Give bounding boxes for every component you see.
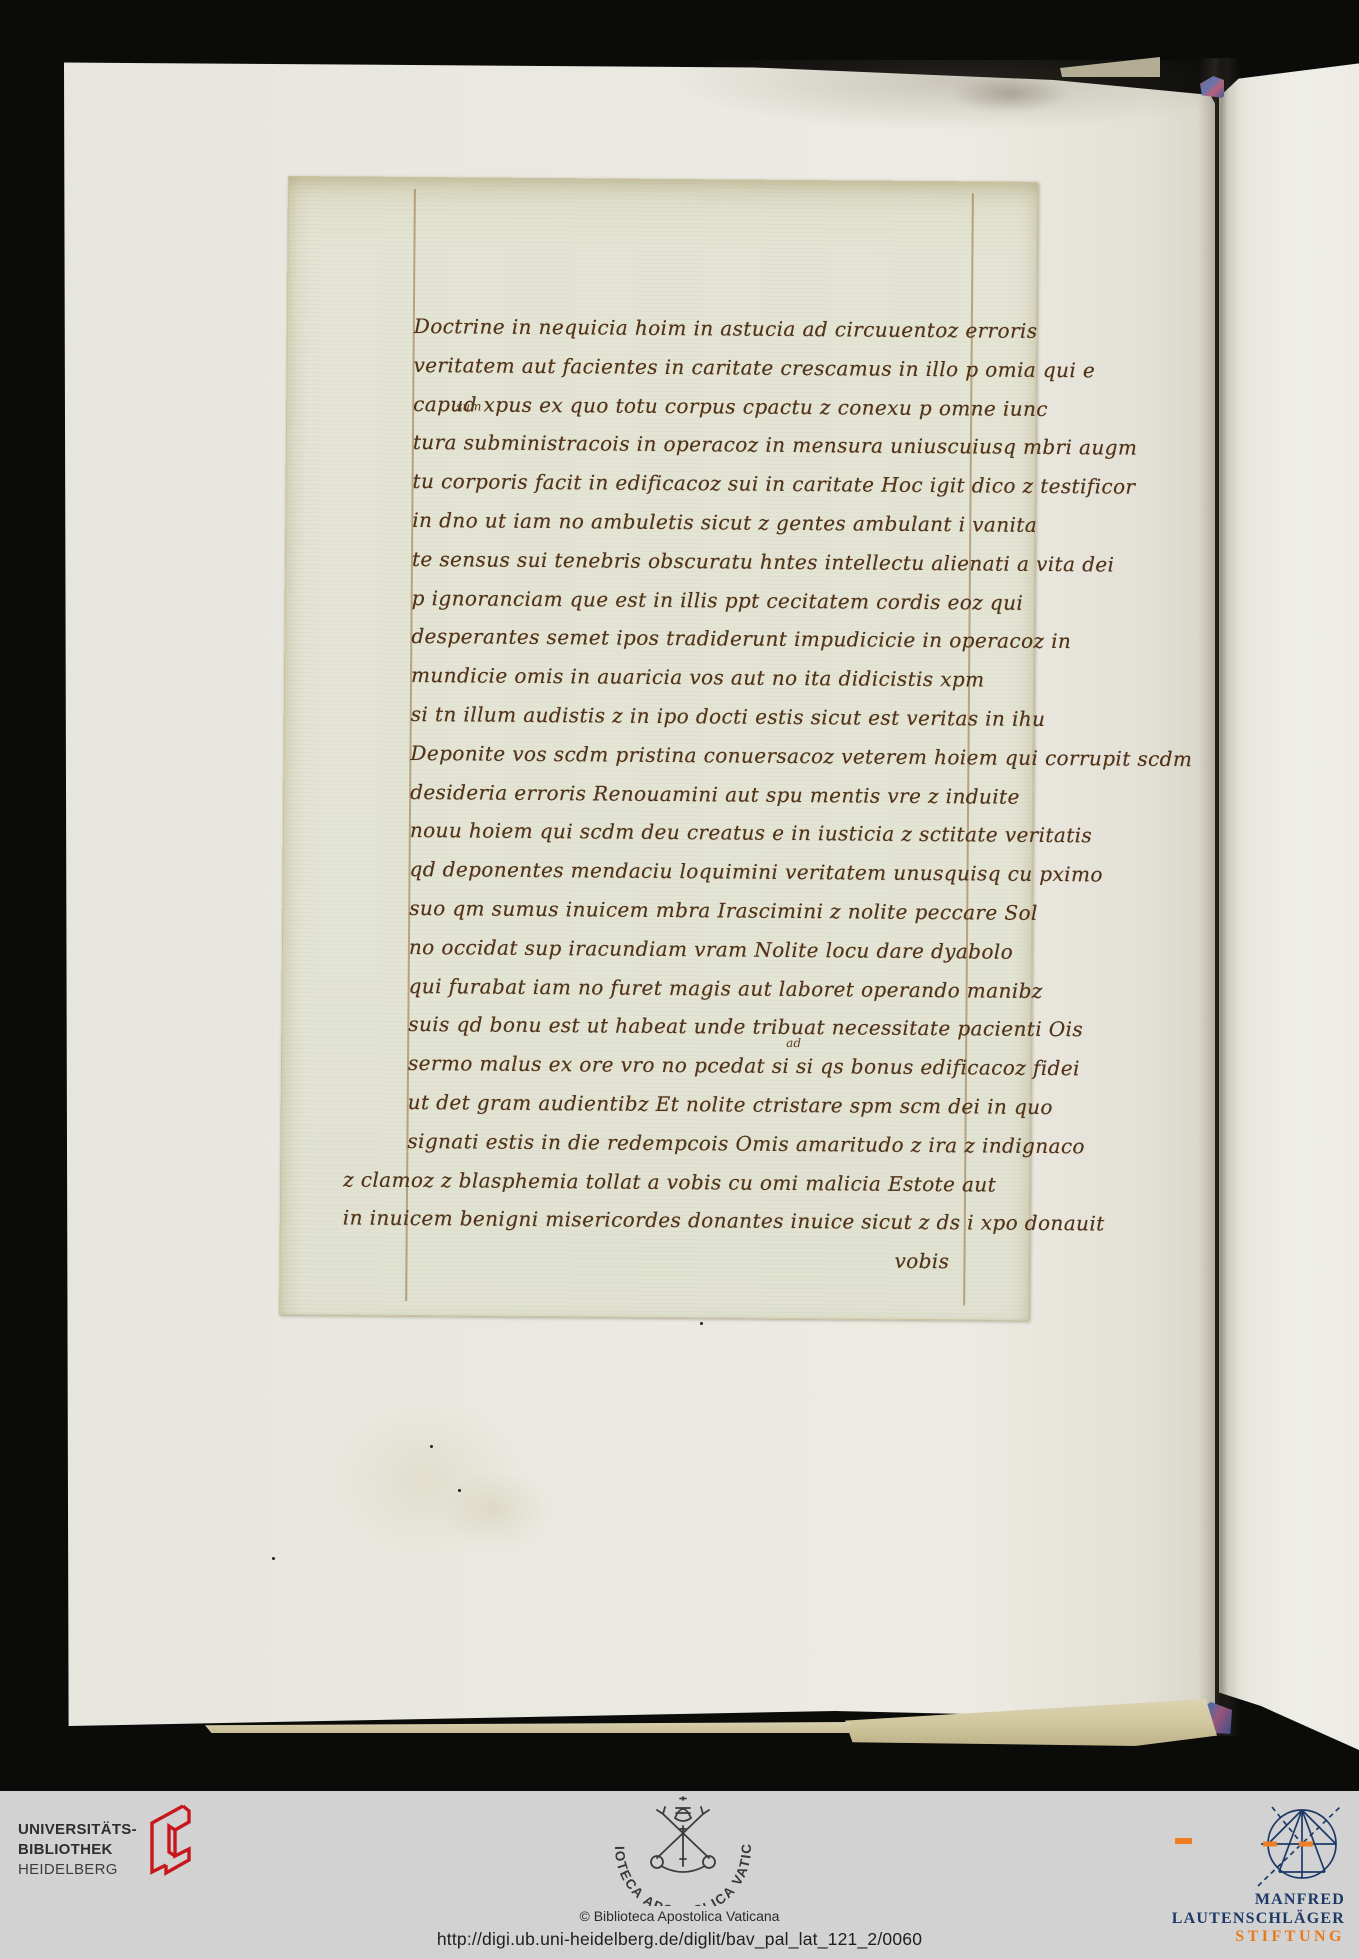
manuscript-line: signati estis in die redempcois Omis ama… — [337, 1121, 1007, 1165]
vatican-crossed-keys-icon: BIBLIOTECA APOSTOLICA VATICANA — [599, 1796, 767, 1906]
manuscript-line: suis qd bonu est ut habeat unde tribuat … — [338, 1005, 1008, 1049]
mls-wordmark: MANFRED LAUTENSCHLÄGER STIFTUNG — [1172, 1891, 1345, 1947]
ub-book-icon — [139, 1803, 191, 1883]
mls-wordmark-line2: LAUTENSCHLÄGER — [1172, 1910, 1345, 1929]
manuscript-leaf: Doctrine in nequicia hoim in astucia ad … — [279, 176, 1038, 1321]
manuscript-interlinear-note: sum — [456, 399, 481, 413]
paper-speck — [272, 1557, 275, 1560]
manuscript-text-block: Doctrine in nequicia hoim in astucia ad … — [336, 306, 1014, 1281]
paper-speck — [430, 1445, 433, 1448]
manuscript-line: nouu hoiem qui scdm deu creatus e in ius… — [340, 811, 1010, 855]
manuscript-line: mundicie omis in auaricia vos aut no ita… — [341, 656, 1011, 700]
manuscript-line: sermo malus ex ore vro no pcedat si si q… — [338, 1044, 1008, 1088]
scan-photo-stage: Doctrine in nequicia hoim in astucia ad … — [0, 0, 1359, 1959]
manuscript-line: desideria erroris Renouamini aut spu men… — [340, 772, 1010, 816]
manuscript-line: in inuicem benigni misericordes donantes… — [337, 1199, 1007, 1243]
manuscript-line: z clamoz z blasphemia tollat a vobis cu … — [337, 1160, 1007, 1204]
book-gutter-shadow — [1198, 58, 1240, 1736]
source-url-text: http://digi.ub.uni-heidelberg.de/diglit/… — [0, 1929, 1359, 1950]
footer-bar: UNIVERSITÄTS- BIBLIOTHEK HEIDELBERG — [0, 1791, 1359, 1959]
manuscript-line: desperantes semet ipos tradiderunt impud… — [341, 617, 1011, 661]
manuscript-line: capud xpus ex quo totu corpus cpactu z c… — [343, 384, 1013, 428]
ub-heidelberg-wordmark: UNIVERSITÄTS- BIBLIOTHEK HEIDELBERG — [18, 1820, 137, 1880]
mls-wordmark-line3: STIFTUNG — [1172, 1928, 1345, 1947]
ub-wordmark-line1: UNIVERSITÄTS- — [18, 1820, 137, 1840]
copyright-text: © Biblioteca Apostolica Vaticana — [0, 1908, 1359, 1924]
page-bottom-edge — [205, 1722, 850, 1733]
manuscript-line: Deponite vos scdm pristina conuersacoz v… — [340, 733, 1010, 777]
manuscript-line: qd deponentes mendaciu loquimini veritat… — [339, 850, 1009, 894]
ub-wordmark-line3: HEIDELBERG — [18, 1860, 137, 1880]
mls-wordmark-line1: MANFRED — [1172, 1891, 1345, 1910]
manuscript-line: te sensus sui tenebris obscuratu hntes i… — [342, 539, 1012, 583]
manuscript-line: qui furabat iam no furet magis aut labor… — [338, 966, 1008, 1010]
facing-page-edge — [1219, 60, 1359, 1750]
paper-stain — [440, 1470, 550, 1550]
manuscript-catchword: vobis — [894, 1242, 1006, 1282]
ub-wordmark-line2: BIBLIOTHEK — [18, 1840, 137, 1860]
manuscript-line: Doctrine in nequicia hoim in astucia ad … — [344, 306, 1014, 350]
manuscript-line: tura subministracois in operacoz in mens… — [343, 423, 1013, 467]
mls-orange-dash — [1175, 1838, 1192, 1844]
manuscript-line: in dno ut iam no ambuletis sicut z gente… — [342, 500, 1012, 544]
manuscript-line: suo qm sumus inuicem mbra Irascimini z n… — [339, 888, 1009, 932]
paper-speck — [700, 1322, 703, 1325]
top-edge-smudge — [950, 76, 1070, 112]
manuscript-interlinear-note: ad — [786, 1036, 801, 1050]
manuscript-line: veritatem aut facientes in caritate cres… — [343, 345, 1013, 389]
manuscript-line: p ignoranciam que est in illis ppt cecit… — [342, 578, 1012, 622]
manuscript-line: ut det gram audientibz Et nolite ctrista… — [338, 1082, 1008, 1126]
mls-compass-icon — [1230, 1802, 1344, 1890]
manuscript-line: tu corporis facit in edificacoz sui in c… — [342, 462, 1012, 506]
paper-speck — [458, 1489, 461, 1492]
manuscript-line: si tn illum audistis z in ipo docti esti… — [341, 694, 1011, 738]
manuscript-line: no occidat sup iracundiam vram Nolite lo… — [339, 927, 1009, 971]
